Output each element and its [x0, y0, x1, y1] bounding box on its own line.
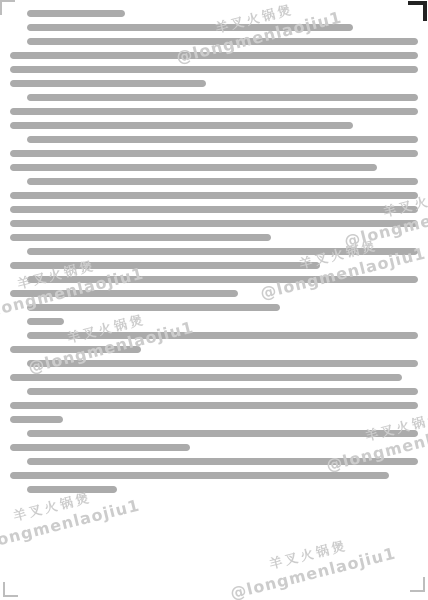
paragraph-redacted [10, 178, 418, 241]
redacted-text-line [27, 94, 418, 101]
redacted-text-line [10, 206, 418, 213]
paragraph-redacted [10, 248, 418, 269]
redacted-text-line [27, 304, 280, 311]
redacted-text-line [27, 318, 64, 325]
redacted-text-line [10, 472, 389, 479]
redacted-text-line [10, 220, 418, 227]
paragraph-redacted [10, 332, 418, 353]
document-page: 羊叉火锅煲@longmenlaojiu1羊叉火锅煲@longmenlaojiu1… [0, 0, 428, 600]
redacted-text-line [10, 80, 206, 87]
redacted-text-line [27, 38, 418, 45]
redacted-text-line [10, 444, 190, 451]
redacted-text-line [27, 136, 418, 143]
paragraph-redacted [10, 304, 418, 311]
redacted-text-line [27, 10, 125, 17]
paragraph-redacted [10, 388, 418, 423]
redacted-text-line [10, 374, 402, 381]
redacted-text-line [27, 276, 418, 283]
redacted-text-line [27, 458, 418, 465]
paragraph-redacted [10, 430, 418, 451]
redacted-text-line [10, 262, 320, 269]
paragraph-redacted [10, 318, 418, 325]
redacted-text-line [10, 416, 63, 423]
paragraph-redacted [10, 136, 418, 171]
redacted-text-line [10, 402, 418, 409]
paragraph-redacted [10, 458, 418, 479]
redacted-text-line [27, 486, 117, 493]
redacted-text-line [10, 164, 377, 171]
redacted-text-line [27, 388, 418, 395]
redacted-text-line [27, 430, 418, 437]
redacted-text-line [10, 108, 418, 115]
redacted-text-line [27, 178, 418, 185]
redacted-text-line [10, 66, 418, 73]
redacted-text-line [27, 248, 418, 255]
redacted-text-line [10, 122, 353, 129]
redacted-text-line [10, 234, 271, 241]
redacted-text-line [10, 192, 418, 199]
document-body [10, 10, 418, 600]
paragraph-redacted [10, 94, 418, 129]
redacted-text-line [10, 150, 418, 157]
paragraph-redacted [10, 486, 418, 493]
paragraph-redacted [10, 276, 418, 297]
paragraph-redacted [10, 10, 418, 17]
redacted-text-line [27, 332, 418, 339]
redacted-text-line [10, 52, 418, 59]
redacted-text-line [27, 24, 353, 31]
redacted-text-line [27, 360, 418, 367]
paragraph-redacted [10, 360, 418, 381]
redacted-text-line [10, 346, 141, 353]
paragraph-redacted [10, 38, 418, 87]
paragraph-redacted [10, 24, 418, 31]
redacted-text-line [10, 290, 238, 297]
